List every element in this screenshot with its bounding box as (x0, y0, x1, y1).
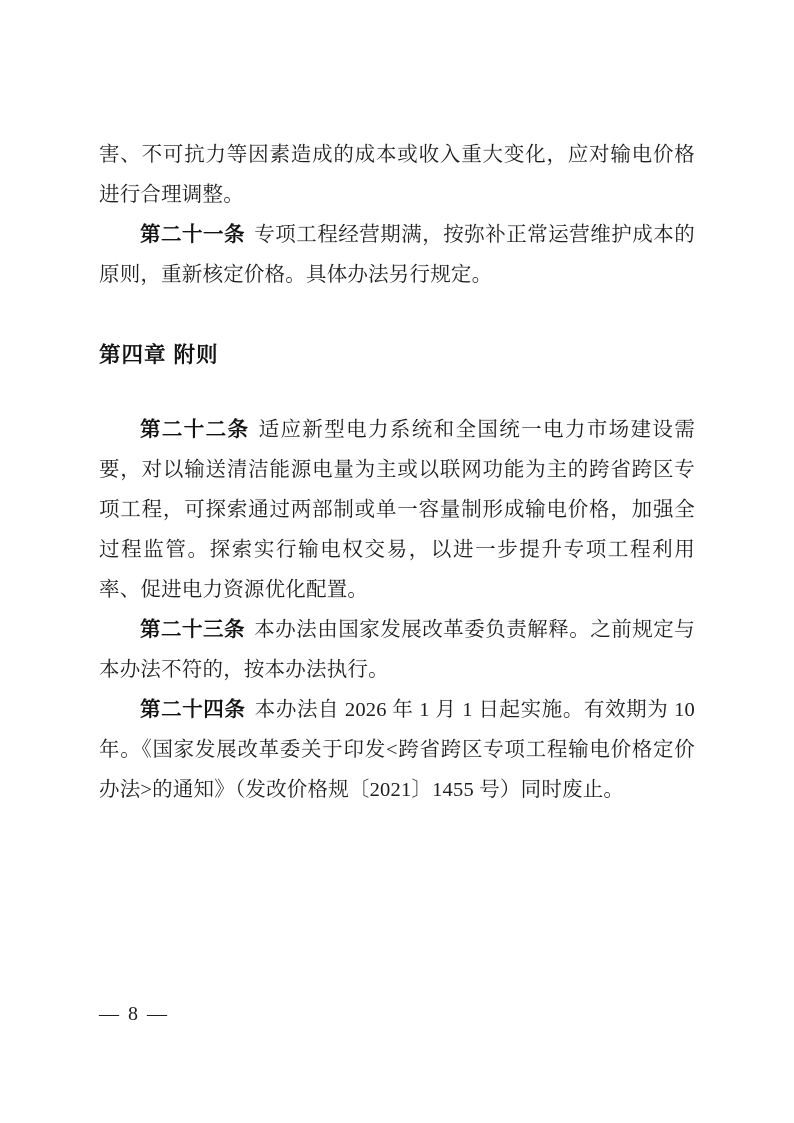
article-22-number: 第二十二条 (140, 418, 249, 441)
page-footer: — 8 — (99, 1000, 169, 1028)
paragraph-text: 害、不可抗力等因素造成的成本或收入重大变化，应对输电价格进行合理调整。 (99, 144, 695, 206)
article-23-number: 第二十三条 (140, 618, 245, 641)
paragraph-continuation: 害、不可抗力等因素造成的成本或收入重大变化，应对输电价格进行合理调整。 (99, 135, 695, 215)
document-page: 害、不可抗力等因素造成的成本或收入重大变化，应对输电价格进行合理调整。 第二十一… (0, 0, 794, 1123)
chapter-heading: 第四章 附则 (99, 335, 695, 375)
paragraph-article-22: 第二十二条适应新型电力系统和全国统一电力市场建设需要，对以输送清洁能源电量为主或… (99, 410, 695, 610)
document-body: 害、不可抗力等因素造成的成本或收入重大变化，应对输电价格进行合理调整。 第二十一… (99, 0, 695, 810)
page-number: — 8 — (99, 1003, 169, 1025)
article-21-number: 第二十一条 (140, 223, 245, 246)
paragraph-article-21: 第二十一条专项工程经营期满，按弥补正常运营维护成本的原则，重新核定价格。具体办法… (99, 215, 695, 295)
paragraph-article-23: 第二十三条本办法由国家发展改革委负责解释。之前规定与本办法不符的，按本办法执行。 (99, 610, 695, 690)
paragraph-text: 适应新型电力系统和全国统一电力市场建设需要，对以输送清洁能源电量为主或以联网功能… (99, 419, 695, 601)
paragraph-article-24: 第二十四条本办法自 2026 年 1 月 1 日起实施。有效期为 10 年。《国… (99, 690, 695, 810)
article-24-number: 第二十四条 (140, 698, 246, 721)
